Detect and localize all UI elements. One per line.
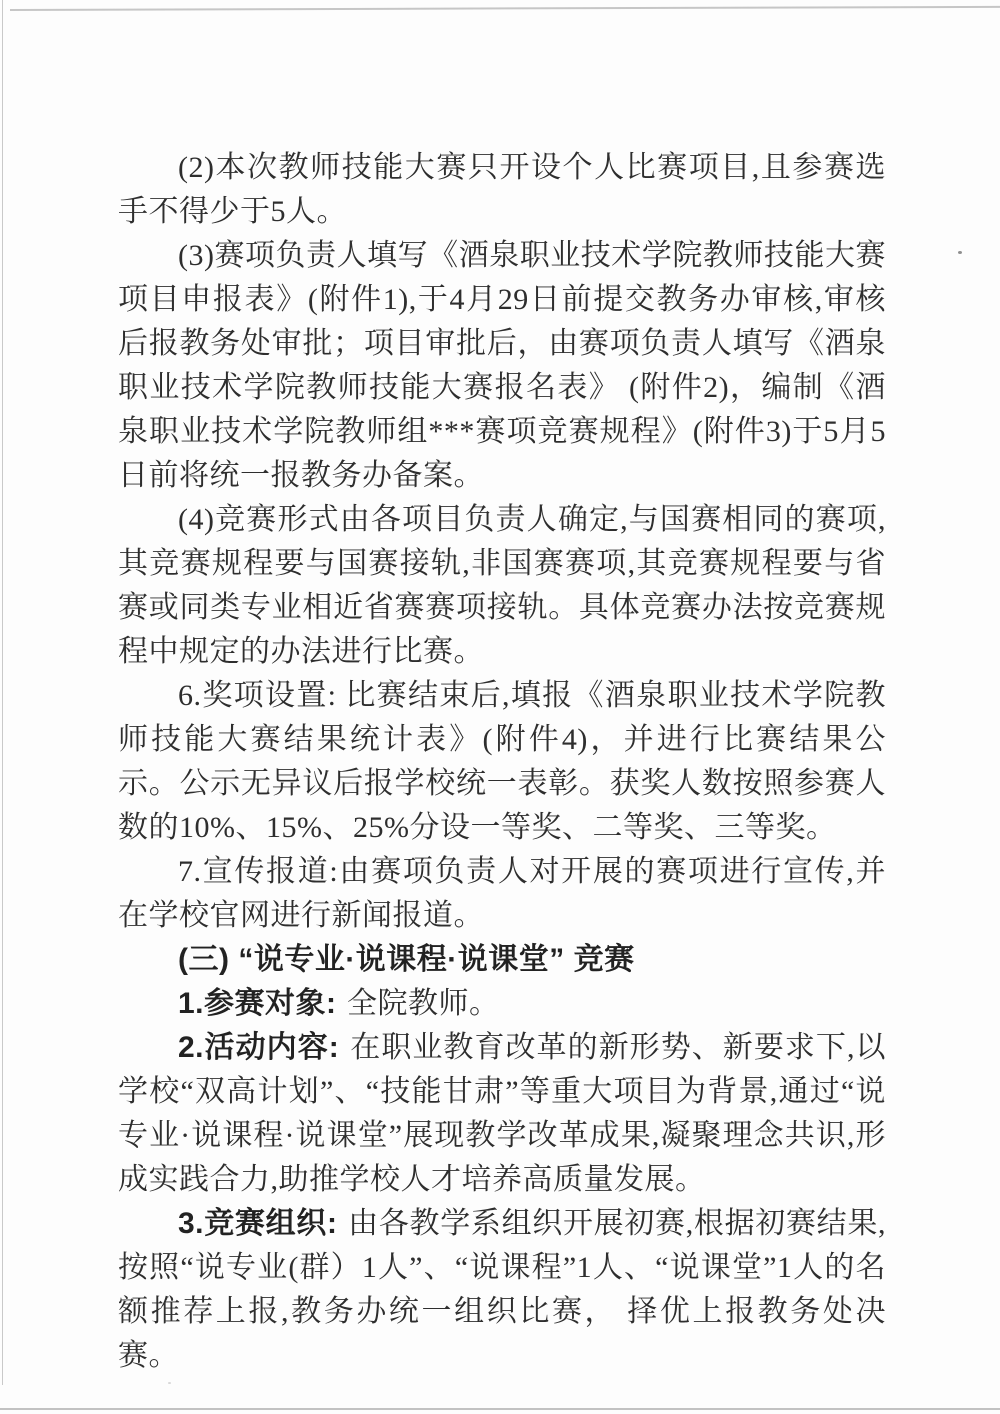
paragraph-text: 7.宣传报道:由赛项负责人对开展的赛项进行宣传,并在学校官网进行新闻报道。	[118, 855, 886, 932]
paragraph-competition-organization: 3.竞赛组织:由各教学系组织开展初赛,根据初赛结果,按照“说专业(群）1人”、“…	[118, 1202, 886, 1378]
paragraph-text: (3)赛项负责人填写《酒泉职业技术学院教师技能大赛项目申报表》(附件1),于4月…	[118, 239, 886, 492]
para-label: 2.活动内容:	[178, 1031, 339, 1064]
paragraph-awards: 6.奖项设置: 比赛结束后,填报《酒泉职业技术学院教师技能大赛结果统计表》(附件…	[118, 674, 886, 850]
para-label: 3.竞赛组织:	[178, 1207, 337, 1240]
paragraph-text: (4)竞赛形式由各项目负责人确定,与国赛相同的赛项,其竞赛规程要与国赛接轨,非国…	[118, 503, 886, 668]
paragraph-participants: 1.参赛对象:全院教师。	[118, 982, 886, 1026]
paragraph-activity-content: 2.活动内容:在职业教育改革的新形势、新要求下,以学校“双高计划”、“技能甘肃”…	[118, 1026, 886, 1202]
scan-artifact-left-line	[2, 0, 3, 1385]
document-text-block: (2)本次教师技能大赛只开设个人比赛项目,且参赛选手不得少于5人。 (3)赛项负…	[118, 146, 886, 1378]
paragraph-3: (3)赛项负责人填写《酒泉职业技术学院教师技能大赛项目申报表》(附件1),于4月…	[118, 234, 886, 498]
scan-artifact-bottom-line	[0, 1408, 1000, 1410]
section-heading-3: (三) “说专业·说课程·说课堂” 竞赛	[118, 938, 886, 982]
para-label: 1.参赛对象:	[178, 987, 337, 1020]
paragraph-text: 6.奖项设置: 比赛结束后,填报《酒泉职业技术学院教师技能大赛结果统计表》(附件…	[118, 679, 886, 844]
scan-speck	[168, 1382, 171, 1384]
scan-speck	[958, 251, 962, 254]
section-heading-text: (三) “说专业·说课程·说课堂” 竞赛	[178, 943, 635, 976]
paragraph-4: (4)竞赛形式由各项目负责人确定,与国赛相同的赛项,其竞赛规程要与国赛接轨,非国…	[118, 498, 886, 674]
paragraph-publicity: 7.宣传报道:由赛项负责人对开展的赛项进行宣传,并在学校官网进行新闻报道。	[118, 850, 886, 938]
scan-artifact-top-line	[10, 6, 1000, 11]
paragraph-text: (2)本次教师技能大赛只开设个人比赛项目,且参赛选手不得少于5人。	[118, 151, 886, 228]
paragraph-text: 全院教师。	[347, 987, 500, 1020]
paragraph-2: (2)本次教师技能大赛只开设个人比赛项目,且参赛选手不得少于5人。	[118, 146, 886, 234]
scanned-document-page: (2)本次教师技能大赛只开设个人比赛项目,且参赛选手不得少于5人。 (3)赛项负…	[0, 0, 1000, 1414]
